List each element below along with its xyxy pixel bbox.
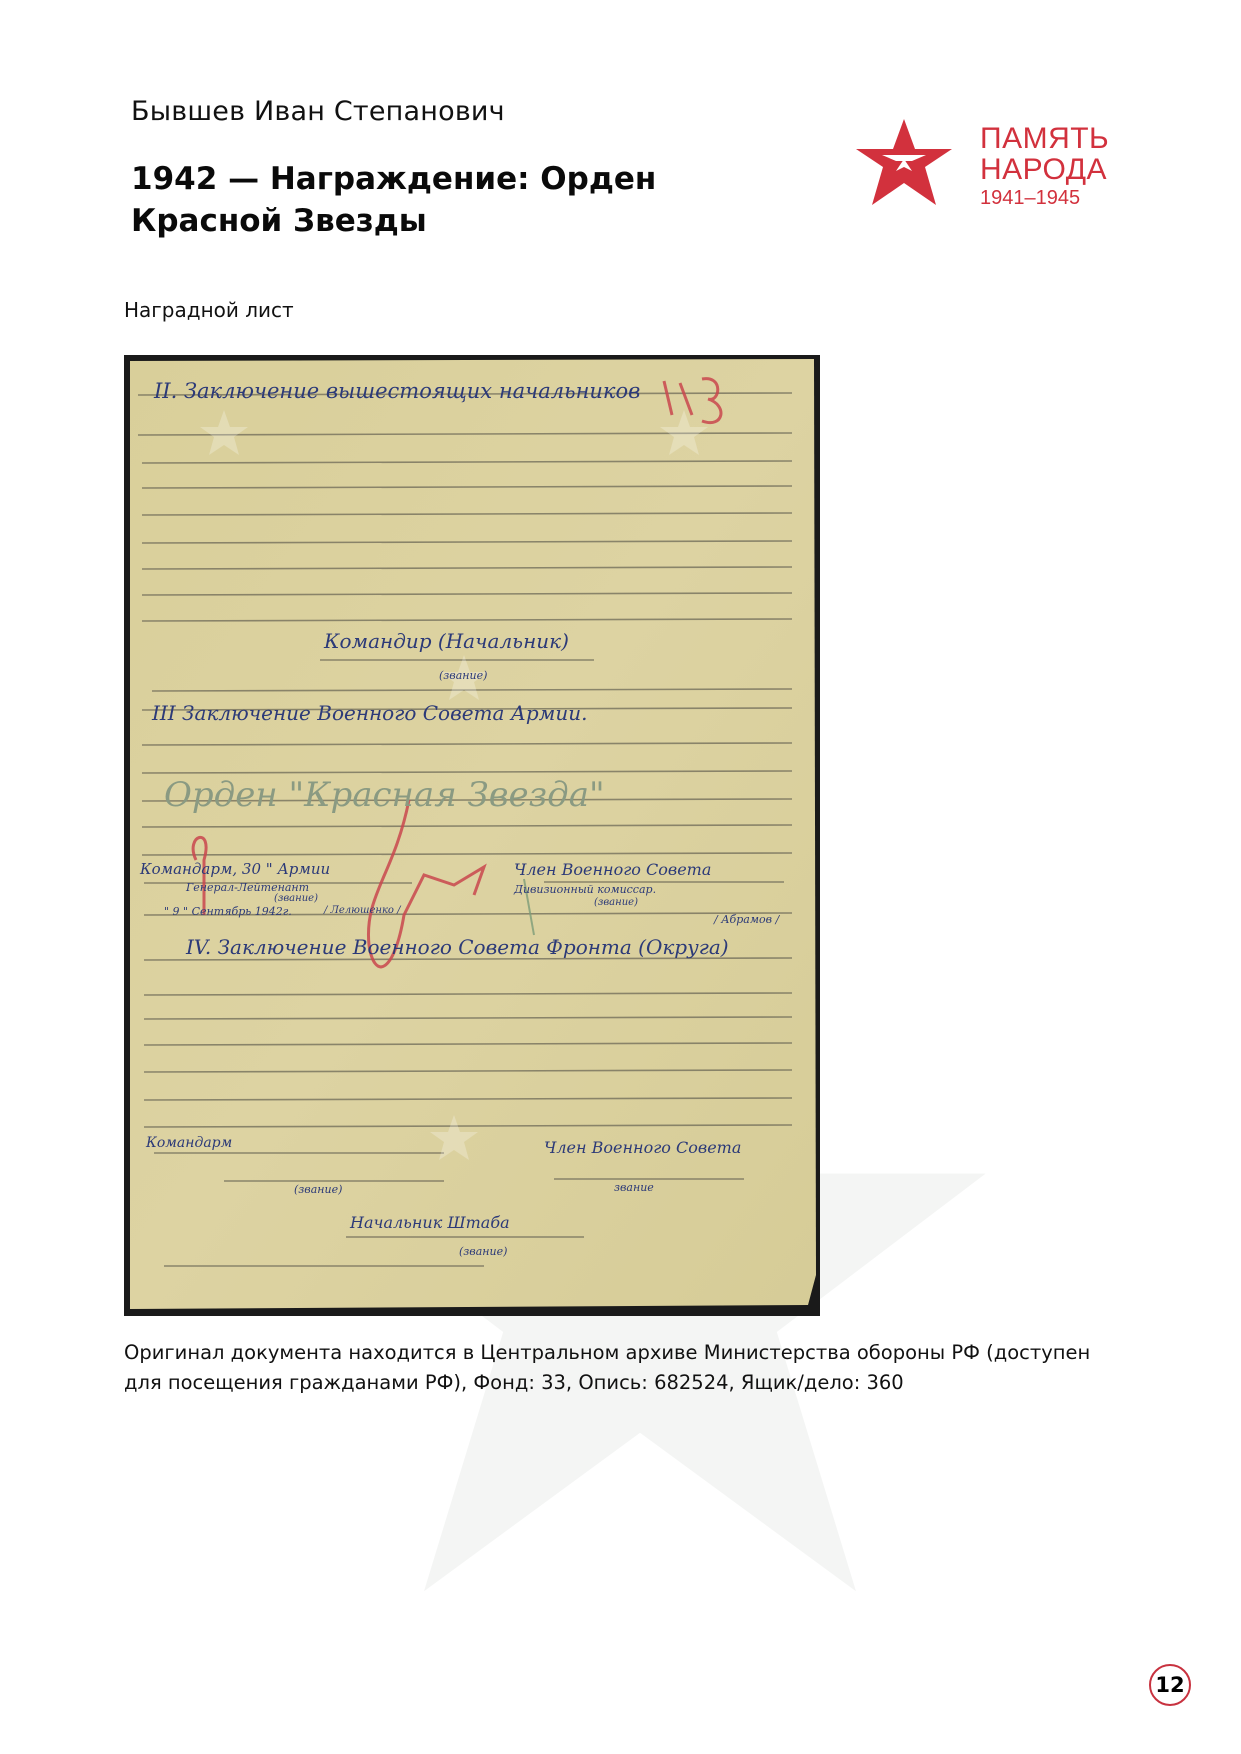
document-type-label: Наградной лист (124, 298, 294, 322)
handwritten-signer-2: / Абрамов / (714, 913, 779, 926)
handwritten-army-commander: Командарм, 30 " Армии (140, 860, 330, 878)
handwritten-commander-2: Командарм (146, 1135, 232, 1151)
handwritten-section-3: III Заключение Военного Совета Армии. (152, 701, 587, 725)
logo-years: 1941–1945 (980, 185, 1109, 211)
handwritten-rank-5: звание (614, 1181, 654, 1194)
handwritten-signer-1: / Лелюшенко / (324, 905, 401, 916)
handwritten-rank-4: (звание) (294, 1183, 342, 1196)
paper-background (124, 355, 820, 1316)
logo-text-line2: НАРОДА (980, 154, 1109, 185)
person-name: Бывшев Иван Степанович (131, 96, 505, 127)
pamyat-naroda-logo: ПАМЯТЬ НАРОДА 1941–1945 (852, 115, 1152, 220)
handwritten-rank-6: (звание) (459, 1245, 507, 1258)
handwritten-date: " 9 " Сентябрь 1942г. (164, 905, 292, 918)
handwritten-council-member-2: Член Военного Совета (544, 1138, 741, 1157)
handwritten-rank-2: (звание) (274, 893, 318, 904)
logo-text-line1: ПАМЯТЬ (980, 123, 1109, 154)
handwritten-rank-1: (звание) (439, 669, 487, 682)
handwritten-section-2: II. Заключение вышестоящих начальников (154, 379, 640, 403)
handwritten-section-4: IV. Заключение Военного Совета Фронта (О… (186, 935, 729, 959)
handwritten-chief-of-staff: Начальник Штаба (350, 1213, 510, 1232)
page-title: 1942 — Награждение: Орден Красной Звезды (131, 158, 751, 242)
handwritten-council-member-rank: Дивизионный комиссар. (514, 883, 656, 896)
handwritten-rank-3: (звание) (594, 897, 638, 908)
handwritten-verdict: Орден "Красная Звезда" (164, 775, 605, 815)
handwritten-council-member: Член Военного Совета (514, 860, 711, 879)
page-number: 12 (1149, 1664, 1191, 1706)
archive-caption: Оригинал документа находится в Центральн… (124, 1338, 1124, 1398)
handwritten-commander: Командир (Начальник) (324, 629, 569, 653)
award-sheet-scan[interactable]: II. Заключение вышестоящих начальников К… (124, 355, 820, 1316)
red-star-icon (852, 115, 962, 220)
